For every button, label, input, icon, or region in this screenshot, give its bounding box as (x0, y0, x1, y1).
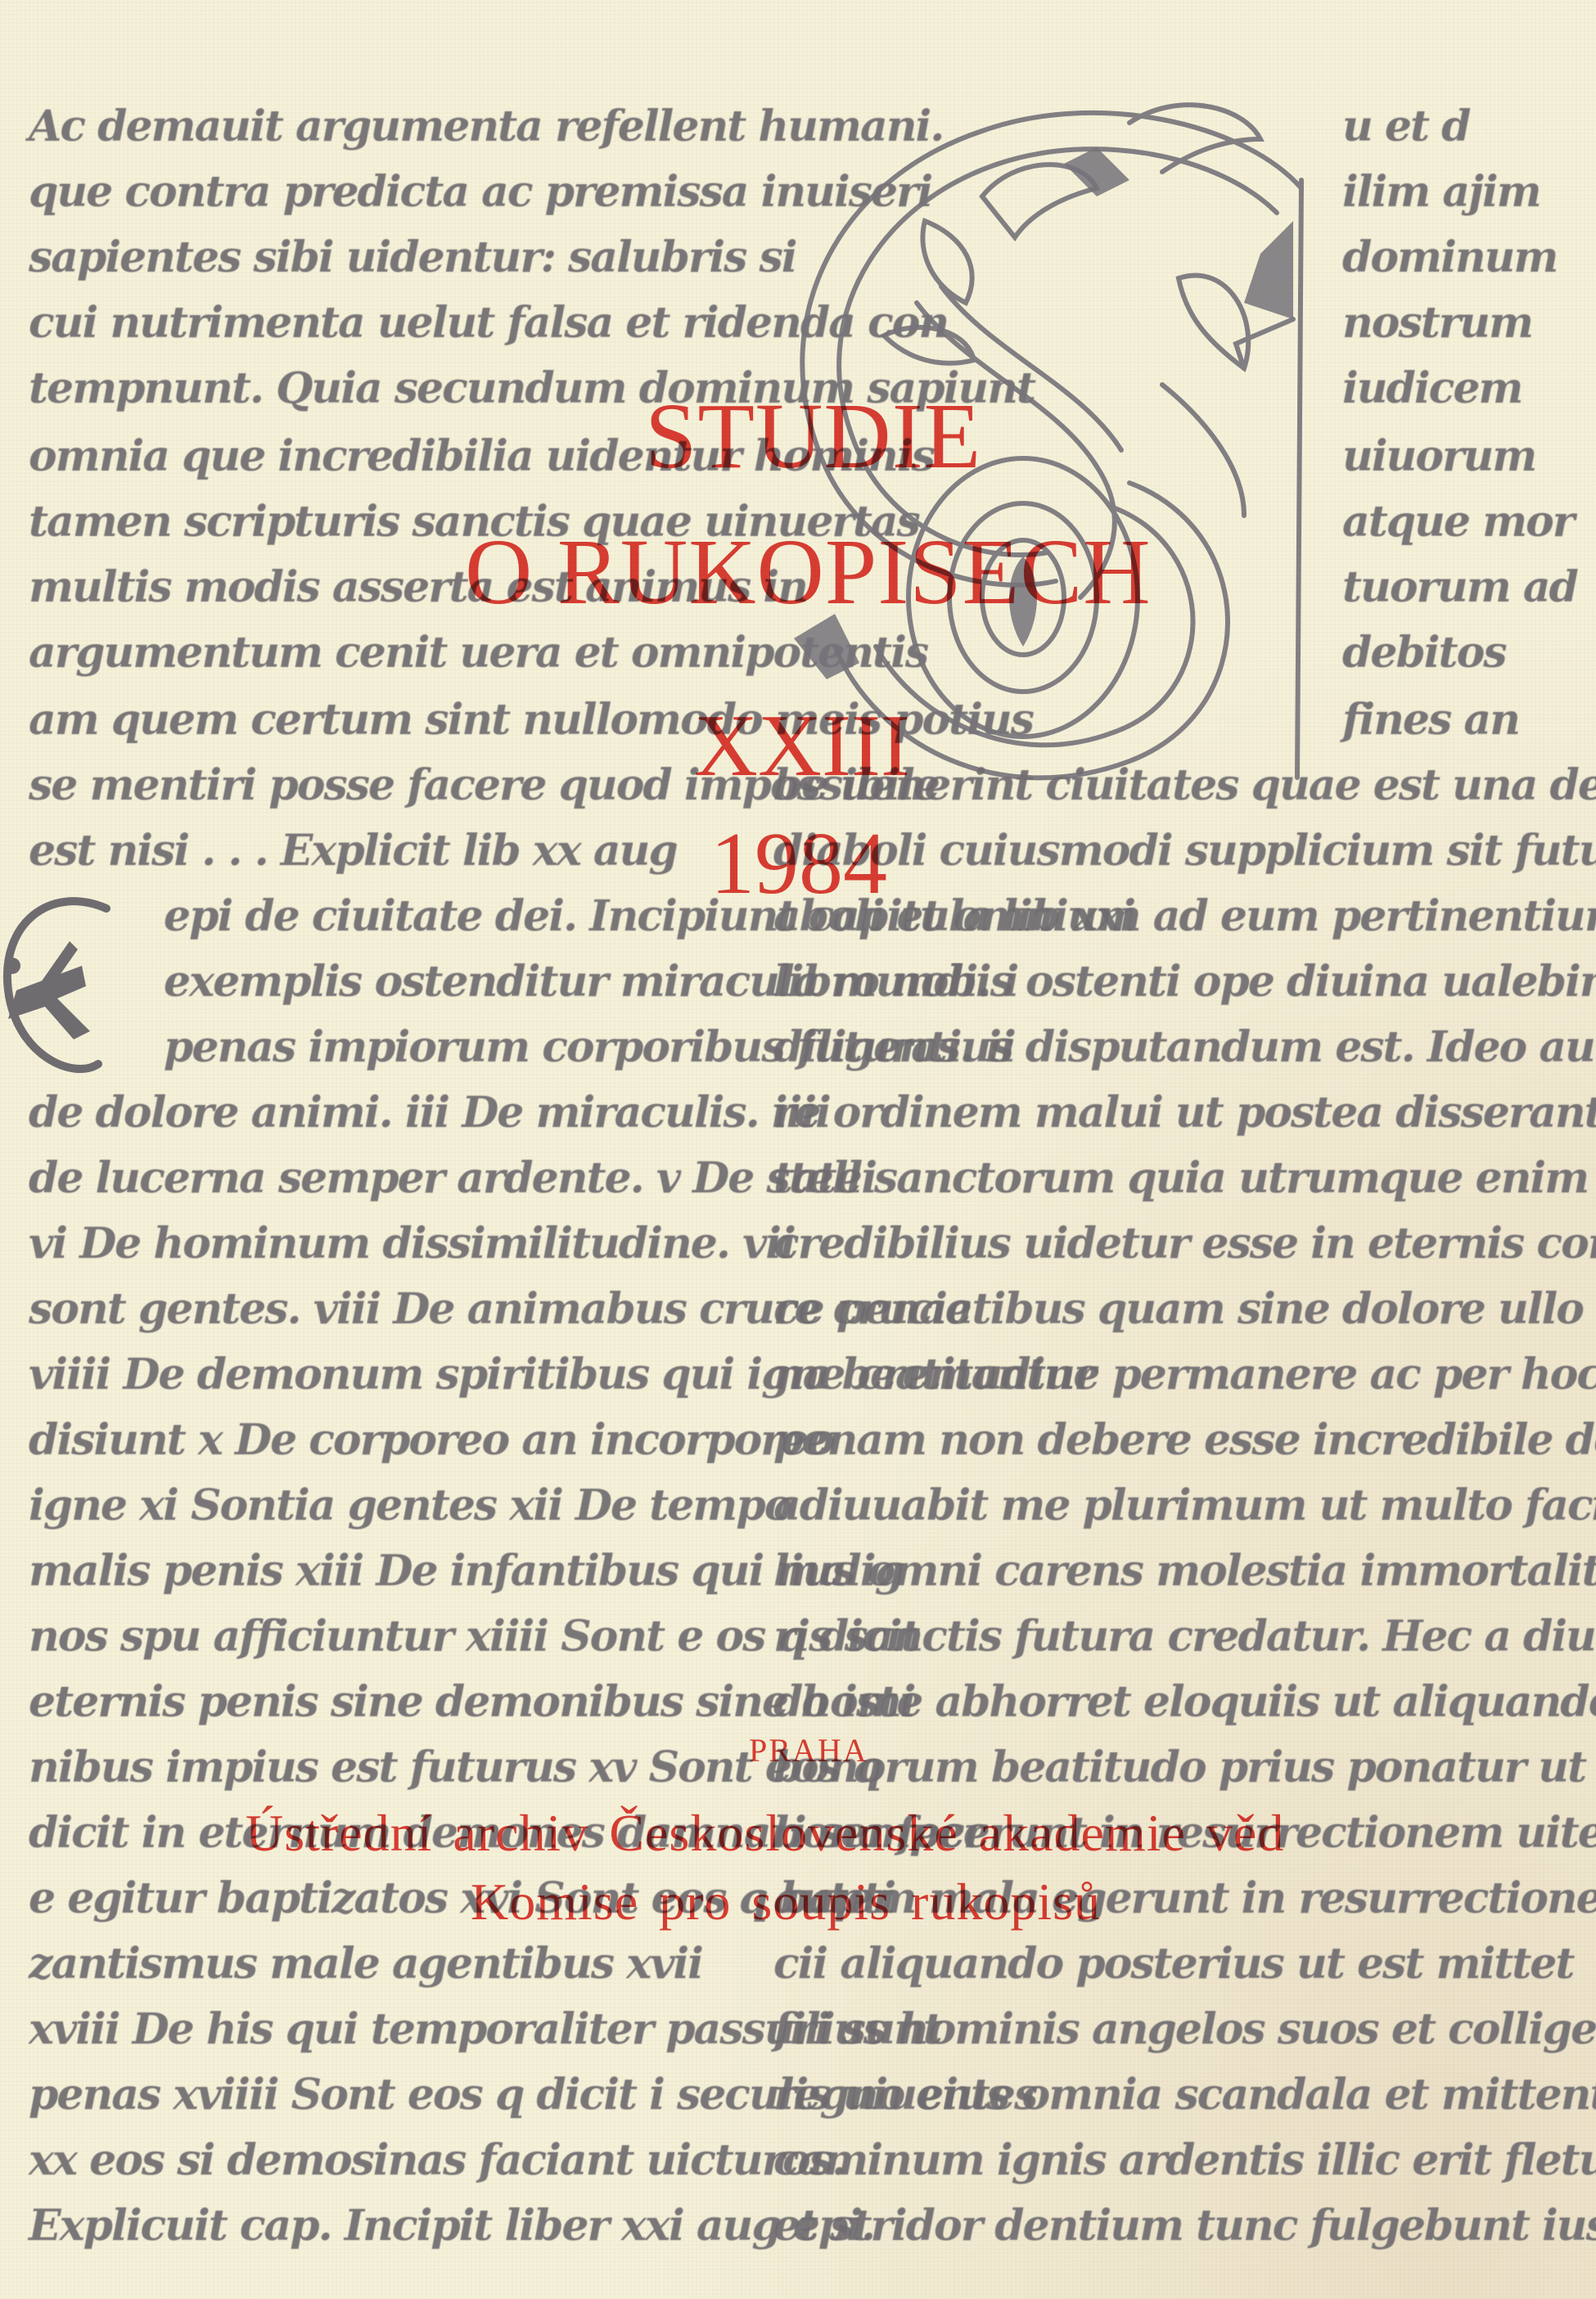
manuscript-line: tate sanctorum quia utrumque enim corpor… (773, 1154, 1596, 1203)
book-cover: Ac demauit argumenta refellent humani. q… (0, 0, 1596, 2299)
publisher-line-2: Komise pro soupis rukopisů (471, 1876, 1101, 1928)
manuscript-line: Ac demauit argumenta refellent humani. (29, 102, 708, 151)
manuscript-line: est nisi . . . Explicit lib xx aug (29, 827, 708, 876)
manuscript-line: lius omni carens molestia immortalitas c… (773, 1547, 1596, 1596)
manuscript-line: dominum (1342, 233, 1557, 282)
manuscript-line: diaboli cuiusmodi supplicium sit futurum… (773, 827, 1596, 876)
publisher-line-1: Ústřední archiv Československé akademie … (246, 1807, 1284, 1859)
manuscript-line: nibus impius est futurus xv Sont eos q (29, 1743, 708, 1792)
manuscript-line: eternis penis sine demonibus sine homi (29, 1678, 708, 1727)
manuscript-line: aboli et omnium ad eum pertinentium in h… (773, 892, 1596, 941)
manuscript-line: Explicuit cap. Incipit liber xxi aug epi… (29, 2202, 708, 2251)
manuscript-line: re ordinem malui ut postea disserant de … (773, 1089, 1596, 1138)
manuscript-line: sont gentes. viii De animabus cruce pena… (29, 1285, 708, 1334)
manuscript-line: filius hominis angelos suos et colligent… (773, 2005, 1596, 2054)
title-line-1: STUDIE (645, 390, 981, 483)
manuscript-line: uiuorum (1342, 432, 1535, 481)
manuscript-line: penam non debere esse incredibile demons… (773, 1416, 1596, 1465)
manuscript-line: xx eos si demosinas faciant uicturos. (29, 2136, 708, 2185)
manuscript-line: zantismus male agentibus xvii (29, 1940, 708, 1989)
manuscript-line: libro nobis ostenti ope diuina ualebimus (773, 958, 1596, 1007)
manuscript-line: tuorum ad (1342, 563, 1577, 612)
publication-year: 1984 (710, 820, 887, 908)
manuscript-line: disiunt x De corporeo an incorporeo (29, 1416, 708, 1465)
decorated-initial-icon (0, 876, 156, 1097)
title-line-2: O RUKOPISECH (465, 525, 1152, 619)
manuscript-line: de lucerna semper ardente. v De stelli (29, 1154, 708, 1203)
manuscript-line: nos spu afficiuntur xiiii Sont e os q di… (29, 1612, 708, 1661)
manuscript-line: sapientes sibi uidentur: salubris si (29, 233, 708, 282)
manuscript-line: na beatitudine permanere ac per hoc cum … (773, 1350, 1596, 1400)
manuscript-line: credibilius uidetur esse in eternis corp… (773, 1219, 1596, 1269)
manuscript-line: vi De hominum dissimilitudine. vii (29, 1219, 708, 1269)
manuscript-line: tempnunt. Quia secundum dominum sapiunt (29, 364, 708, 413)
manuscript-line: diligentius disputandum est. Ideo aut hi… (773, 1023, 1596, 1072)
manuscript-line: cui nutrimenta uelut falsa et ridenda co… (29, 299, 708, 348)
manuscript-line: am quem certum sint nullomodo meis potiu… (29, 696, 708, 745)
manuscript-line: viiii De demonum spiritibus qui igne cre… (29, 1350, 708, 1400)
manuscript-line: bonorum beatitudo prius ponatur ut est i… (773, 1743, 1596, 1792)
manuscript-line: regno eius omnia scandala et mittent in (773, 2071, 1596, 2120)
manuscript-line: adiuuabit me plurimum ut multo faci (773, 1481, 1596, 1530)
manuscript-line: xviii De his qui temporaliter passuri su… (29, 2005, 708, 2054)
manuscript-line: de dolore animi. iii De miraculis. iiii (29, 1089, 708, 1138)
manuscript-line: cii aliquando posterius ut est mittet (773, 1940, 1573, 1989)
manuscript-line: re cruciatibus quam sine dolore ullo in … (773, 1285, 1596, 1334)
volume-number: XXIII (694, 702, 910, 791)
manuscript-line: que contra predicta ac premissa inuiseri (29, 168, 708, 217)
manuscript-line: omnia que incredibilia uidentur hominis (29, 432, 708, 481)
manuscript-line: ris sanctis futura credatur. Hec a diuin… (773, 1612, 1596, 1661)
manuscript-line: u et d (1342, 102, 1469, 151)
manuscript-line: fines an (1342, 696, 1519, 745)
manuscript-line: caminum ignis ardentis illic erit fletus (773, 2136, 1596, 2185)
manuscript-line: igne xi Sontia gentes xii De tempo (29, 1481, 708, 1530)
manuscript-line: iudicem (1342, 364, 1522, 413)
manuscript-line: et stridor dentium tunc fulgebunt iusti … (773, 2202, 1596, 2251)
manuscript-line: do iste abhorret eloquiis ut aliquando q… (773, 1678, 1596, 1727)
manuscript-line: argumentum cenit uera et omnipotentis (29, 629, 708, 678)
manuscript-line: ilim ajim (1342, 168, 1540, 217)
manuscript-line: penas xviiii Sont eos q dicit i seculis … (29, 2071, 708, 2120)
manuscript-line: atque mor (1342, 498, 1573, 547)
manuscript-line: se mentiri posse facere quod impossibile (29, 761, 708, 810)
manuscript-line: nostrum (1342, 299, 1532, 348)
manuscript-line: debitos (1342, 629, 1506, 678)
manuscript-line: malis penis xiii De infantibus qui malig (29, 1547, 708, 1596)
publication-city: PRAHA (749, 1734, 868, 1767)
